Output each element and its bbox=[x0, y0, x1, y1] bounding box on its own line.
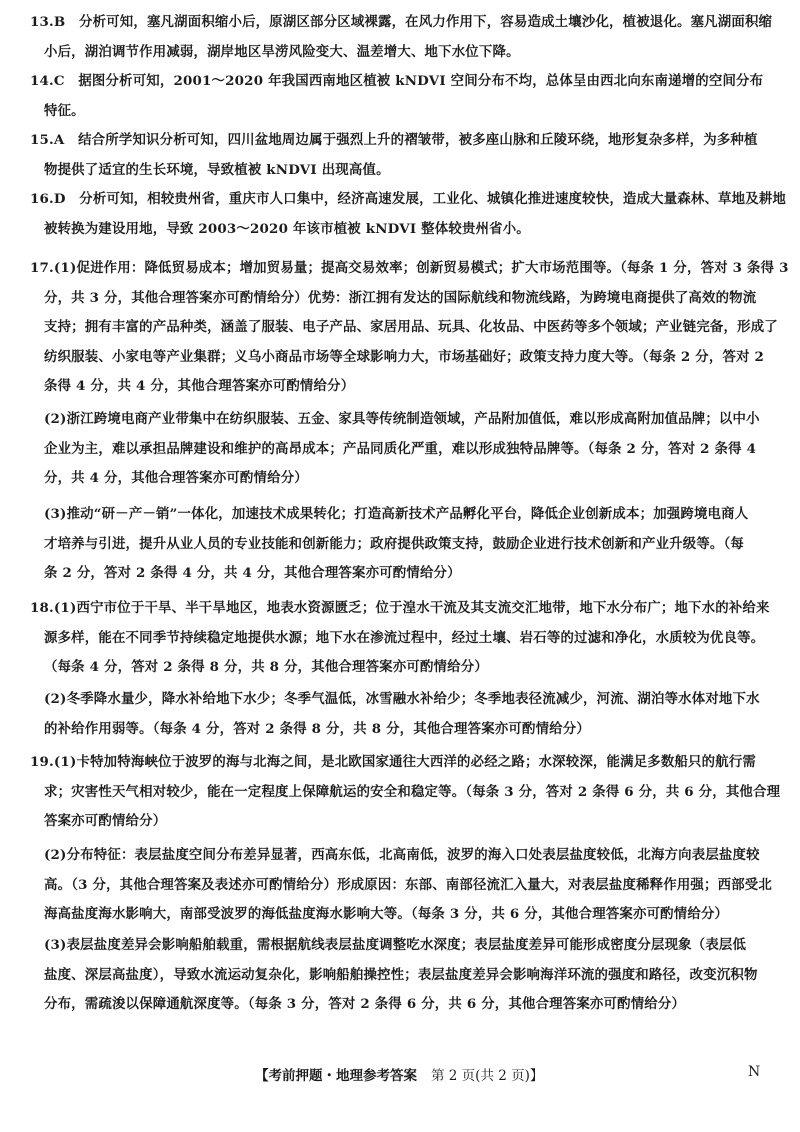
answer-line: 14.C 据图分析可知，2001～2020 年我国西南地区植被 kNDVI 空间… bbox=[30, 67, 765, 97]
answer-sheet-page: 13.B 分析可知，塞凡湖面积缩小后，原湖区部分区域裸露，在风力作用下，容易造成… bbox=[0, 0, 800, 1132]
answer-line: 17.(1)促进作用：降低贸易成本；增加贸易量；提高交易效率；创新贸易模式；扩大… bbox=[30, 254, 765, 284]
answer-line: 高。（3 分，其他合理答案及表述亦可酌情给分）形成原因：东部、南部径流汇入量大，… bbox=[30, 871, 765, 901]
answer-line: 才培养与引进，提升从业人员的专业技能和创新能力；政府提供政策支持，鼓励企业进行技… bbox=[30, 530, 765, 560]
answer-q19-part3: (3)表层盐度差异会影响船舶载重，需根据航线表层盐度调整吃水深度；表层盐度差异可… bbox=[30, 931, 765, 1020]
answer-line: 15.A 结合所学知识分析可知，四川盆地周边属于强烈上升的褶皱带，被多座山脉和丘… bbox=[30, 126, 765, 156]
answer-line: 源多样，能在不同季节持续稳定地提供水源；地下水在渗流过程中，经过土壤、岩石等的过… bbox=[30, 624, 765, 654]
answer-line: 小后，湖泊调节作用减弱，湖岸地区旱涝风险变大、温差增大、地下水位下降。 bbox=[30, 38, 765, 68]
answer-line: (2)浙江跨境电商产业带集中在纺织服装、五金、家具等传统制造领域，产品附加值低，… bbox=[30, 405, 765, 435]
answer-line: （每条 4 分，答对 2 条得 8 分，共 8 分，其他合理答案亦可酌情给分） bbox=[30, 653, 765, 683]
answer-line: 支持；拥有丰富的产品种类，涵盖了服装、电子产品、家居用品、玩具、化妆品、中医药等… bbox=[30, 313, 765, 343]
page-number: 第 2 页(共 2 页)】 bbox=[431, 1068, 543, 1084]
answer-line: 纺织服装、小家电等产业集群；义乌小商品市场等全球影响力大，市场基础好；政策支持力… bbox=[30, 343, 765, 373]
answer-q16: 16.D 分析可知，相较贵州省，重庆市人口集中，经济高速发展，工业化、城镇化推进… bbox=[30, 185, 765, 244]
answer-q17-part3: (3)推动“研－产－销”一体化，加速技术成果转化；打造高新技术产品孵化平台，降低… bbox=[30, 500, 765, 589]
answer-line: 分，共 4 分，其他合理答案亦可酌情给分） bbox=[30, 464, 765, 494]
answer-q13: 13.B 分析可知，塞凡湖面积缩小后，原湖区部分区域裸露，在风力作用下，容易造成… bbox=[30, 8, 765, 67]
answer-line: 答案亦可酌情给分） bbox=[30, 807, 765, 837]
answer-line: 条得 4 分，共 4 分，其他合理答案亦可酌情给分） bbox=[30, 372, 765, 402]
answer-line: 盐度、深层高盐度），导致水流运动复杂化，影响船舶操控性；表层盐度差异会影响海洋环… bbox=[30, 961, 765, 991]
page-footer: 【考前押题・地理参考答案第 2 页(共 2 页)】 bbox=[255, 1064, 543, 1084]
answer-q19-part2: (2)分布特征：表层盐度空间分布差异显著，西高东低，北高南低，波罗的海入口处表层… bbox=[30, 841, 765, 930]
answer-line: (3)表层盐度差异会影响船舶载重，需根据航线表层盐度调整吃水深度；表层盐度差异可… bbox=[30, 931, 765, 961]
answer-line: 特征。 bbox=[30, 97, 765, 127]
answer-line: (2)冬季降水量少，降水补给地下水少；冬季气温低，冰雪融水补给少；冬季地表径流减… bbox=[30, 685, 765, 715]
answer-q14: 14.C 据图分析可知，2001～2020 年我国西南地区植被 kNDVI 空间… bbox=[30, 67, 765, 126]
answer-line: 分布，需疏浚以保障通航深度等。（每条 3 分，答对 2 条得 6 分，共 6 分… bbox=[30, 990, 765, 1020]
answer-q18-part2: (2)冬季降水量少，降水补给地下水少；冬季气温低，冰雪融水补给少；冬季地表径流减… bbox=[30, 685, 765, 744]
answer-line: 企业为主，难以承担品牌建设和维护的高昂成本；产品同质化严重，难以形成独特品牌等。… bbox=[30, 435, 765, 465]
answer-line: 18.(1)西宁市位于干旱、半干旱地区，地表水资源匮乏；位于湟水干流及其支流交汇… bbox=[30, 594, 765, 624]
answer-line: 16.D 分析可知，相较贵州省，重庆市人口集中，经济高速发展，工业化、城镇化推进… bbox=[30, 185, 765, 215]
answer-line: (2)分布特征：表层盐度空间分布差异显著，西高东低，北高南低，波罗的海入口处表层… bbox=[30, 841, 765, 871]
answer-line: 13.B 分析可知，塞凡湖面积缩小后，原湖区部分区域裸露，在风力作用下，容易造成… bbox=[30, 8, 765, 38]
answer-line: 物提供了适宜的生长环境，导致植被 kNDVI 出现高值。 bbox=[30, 156, 765, 186]
answer-q18-part1: 18.(1)西宁市位于干旱、半干旱地区，地表水资源匮乏；位于湟水干流及其支流交汇… bbox=[30, 594, 765, 683]
answer-line: (3)推动“研－产－销”一体化，加速技术成果转化；打造高新技术产品孵化平台，降低… bbox=[30, 500, 765, 530]
answer-line: 海高盐度海水影响大，南部受波罗的海低盐度海水影响大等。（每条 3 分，共 6 分… bbox=[30, 900, 765, 930]
answer-q19-part1: 19.(1)卡特加特海峡位于波罗的海与北海之间，是北欧国家通往大西洋的必经之路；… bbox=[30, 748, 765, 837]
answer-q17-part2: (2)浙江跨境电商产业带集中在纺织服装、五金、家具等传统制造领域，产品附加值低，… bbox=[30, 405, 765, 494]
answer-line: 19.(1)卡特加特海峡位于波罗的海与北海之间，是北欧国家通往大西洋的必经之路；… bbox=[30, 748, 765, 778]
version-mark: N bbox=[748, 1064, 760, 1080]
answer-q17-part1: 17.(1)促进作用：降低贸易成本；增加贸易量；提高交易效率；创新贸易模式；扩大… bbox=[30, 254, 765, 402]
answer-line: 分，共 3 分，其他合理答案亦可酌情给分）优势：浙江拥有发达的国际航线和物流线路… bbox=[30, 284, 765, 314]
footer-title: 【考前押题・地理参考答案 bbox=[255, 1068, 417, 1084]
answer-q15: 15.A 结合所学知识分析可知，四川盆地周边属于强烈上升的褶皱带，被多座山脉和丘… bbox=[30, 126, 765, 185]
answer-line: 的补给作用弱等。（每条 4 分，答对 2 条得 8 分，共 8 分，其他合理答案… bbox=[30, 715, 765, 745]
answer-line: 被转换为建设用地，导致 2003～2020 年该市植被 kNDVI 整体较贵州省… bbox=[30, 215, 765, 245]
answer-line: 求；灾害性天气相对较少，能在一定程度上保障航运的安全和稳定等。（每条 3 分，答… bbox=[30, 778, 765, 808]
answer-line: 条 2 分，答对 2 条得 4 分，共 4 分，其他合理答案亦可酌情给分） bbox=[30, 559, 765, 589]
